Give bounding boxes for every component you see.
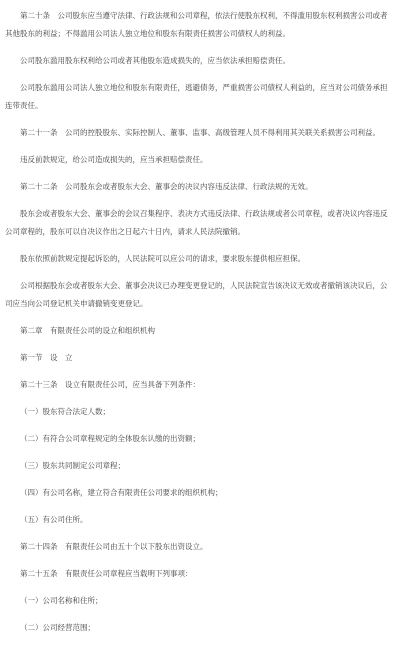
section-1-heading: 第一节 设 立 xyxy=(5,349,394,367)
chapter-2-heading: 第二章 有限责任公司的设立和组织机构 xyxy=(5,322,394,340)
article-20-clause-1: 第二十条 公司股东应当遵守法律、行政法规和公司章程，依法行使股东权利，不得滥用股… xyxy=(5,7,394,43)
article-23-item-2: （二）有符合公司章程规定的全体股东认缴的出资额； xyxy=(5,430,394,448)
article-21-clause-1: 第二十一条 公司的控股股东、实际控制人、董事、监事、高级管理人员不得利用其关联关… xyxy=(5,124,394,142)
article-22-clause-1: 第二十二条 公司股东会或者股东大会、董事会的决议内容违反法律、行政法规的无效。 xyxy=(5,178,394,196)
article-25-item-2: （二）公司经营范围； xyxy=(5,619,394,637)
article-23-item-1: （一）股东符合法定人数； xyxy=(5,403,394,421)
document-page: 第二十条 公司股东应当遵守法律、行政法规和公司章程，依法行使股东权利，不得滥用股… xyxy=(0,0,400,650)
article-22-clause-2: 股东会或者股东大会、董事会的会议召集程序、表决方式违反法律、行政法规或者公司章程… xyxy=(5,205,394,241)
article-23-item-5: （五）有公司住所。 xyxy=(5,511,394,529)
article-25-item-1: （一）公司名称和住所； xyxy=(5,592,394,610)
article-20-clause-3: 公司股东滥用公司法人独立地位和股东有限责任，逃避债务，严重损害公司债权人利益的，… xyxy=(5,79,394,115)
article-23-intro: 第二十三条 设立有限责任公司，应当具备下列条件： xyxy=(5,376,394,394)
article-22-clause-3: 股东依照前款规定提起诉讼的，人民法院可以应公司的请求，要求股东提供相应担保。 xyxy=(5,250,394,268)
article-21-clause-2: 违反前款规定，给公司造成损失的，应当承担赔偿责任。 xyxy=(5,151,394,169)
article-22-clause-4: 公司根据股东会或者股东大会、董事会决议已办理变更登记的，人民法院宣告该决议无效或… xyxy=(5,277,394,313)
article-25-intro: 第二十五条 有限责任公司章程应当载明下列事项： xyxy=(5,565,394,583)
article-23-item-4: （四）有公司名称，建立符合有限责任公司要求的组织机构； xyxy=(5,484,394,502)
article-23-item-3: （三）股东共同制定公司章程； xyxy=(5,457,394,475)
article-24: 第二十四条 有限责任公司由五十个以下股东出资设立。 xyxy=(5,538,394,556)
article-20-clause-2: 公司股东滥用股东权利给公司或者其他股东造成损失的，应当依法承担赔偿责任。 xyxy=(5,52,394,70)
